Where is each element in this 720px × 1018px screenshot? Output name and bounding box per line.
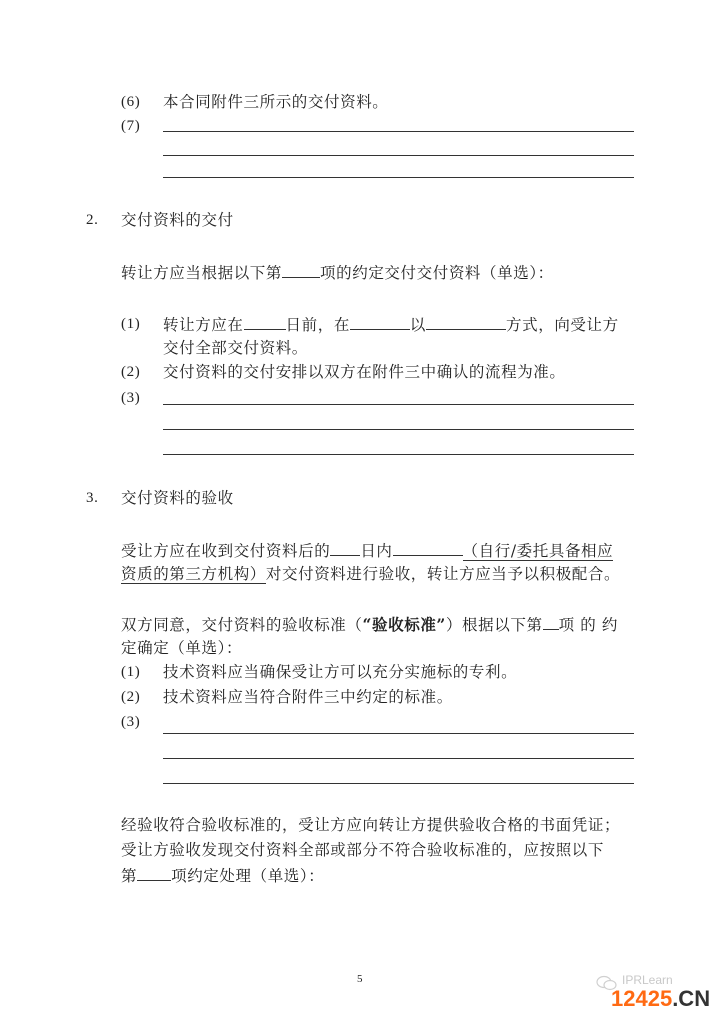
fill-in-line bbox=[163, 404, 634, 405]
item-marker: (2) bbox=[121, 687, 140, 707]
blank-field bbox=[393, 540, 463, 556]
fill-in-line bbox=[163, 155, 634, 156]
fill-in-line bbox=[163, 429, 634, 430]
paragraph-continued: 定确定（单选）： bbox=[121, 638, 242, 658]
watermark-faint-text: IPRLearn bbox=[622, 973, 673, 987]
blank-field bbox=[426, 314, 506, 330]
paragraph: 双方同意，交付资料的验收标准（“验收标准”）根据以下第项 的 约 bbox=[121, 614, 618, 635]
section-title: 交付资料的交付 bbox=[121, 210, 234, 230]
fill-in-line bbox=[163, 783, 634, 784]
paragraph-continued: 资质的第三方机构）对交付资料进行验收，转让方应当予以积极配合。 bbox=[121, 564, 620, 584]
blank-field bbox=[282, 262, 320, 278]
item-marker: (7) bbox=[121, 116, 140, 136]
blank-field bbox=[543, 614, 559, 630]
paragraph-continued: 第项约定处理（单选）： bbox=[121, 865, 324, 886]
paragraph: 受让方应在收到交付资料后的日内（自行/委托具备相应 bbox=[121, 540, 613, 561]
fill-in-line bbox=[163, 733, 634, 734]
item-marker: (1) bbox=[121, 662, 140, 682]
watermark-logo: 12425.CN bbox=[611, 986, 710, 1012]
item-text-continued: 交付全部交付资料。 bbox=[163, 338, 308, 358]
item-text: 本合同附件三所示的交付资料。 bbox=[163, 92, 388, 112]
blank-field bbox=[350, 314, 410, 330]
item-text: 交付资料的交付安排以双方在附件三中确认的流程为准。 bbox=[163, 362, 566, 382]
fill-in-line bbox=[163, 131, 634, 132]
section-number: 2. bbox=[86, 210, 98, 230]
item-marker: (3) bbox=[121, 712, 140, 732]
blank-field bbox=[330, 540, 360, 556]
item-marker: (6) bbox=[121, 92, 140, 112]
section-number: 3. bbox=[86, 488, 98, 508]
blank-field bbox=[244, 314, 286, 330]
fill-in-line bbox=[163, 177, 634, 178]
item-text: 转让方应在日前，在以方式，向受让方 bbox=[163, 314, 619, 335]
section-intro: 转让方应当根据以下第项的约定交付交付资料（单选）： bbox=[121, 262, 554, 283]
item-marker: (1) bbox=[121, 314, 140, 334]
paragraph: 经验收符合验收标准的，受让方应向转让方提供验收合格的书面凭证； bbox=[121, 815, 620, 835]
paragraph-continued: 受让方验收发现交付资料全部或部分不符合验收标准的，应按照以下 bbox=[121, 840, 604, 860]
section-title: 交付资料的验收 bbox=[121, 488, 234, 508]
blank-field bbox=[137, 865, 171, 881]
item-marker: (3) bbox=[121, 388, 140, 408]
item-marker: (2) bbox=[121, 362, 140, 382]
item-text: 技术资料应当符合附件三中约定的标准。 bbox=[163, 687, 453, 707]
fill-in-line bbox=[163, 758, 634, 759]
page-number: 5 bbox=[357, 973, 363, 985]
fill-in-line bbox=[163, 454, 634, 455]
item-text: 技术资料应当确保受让方可以充分实施标的专利。 bbox=[163, 662, 517, 682]
